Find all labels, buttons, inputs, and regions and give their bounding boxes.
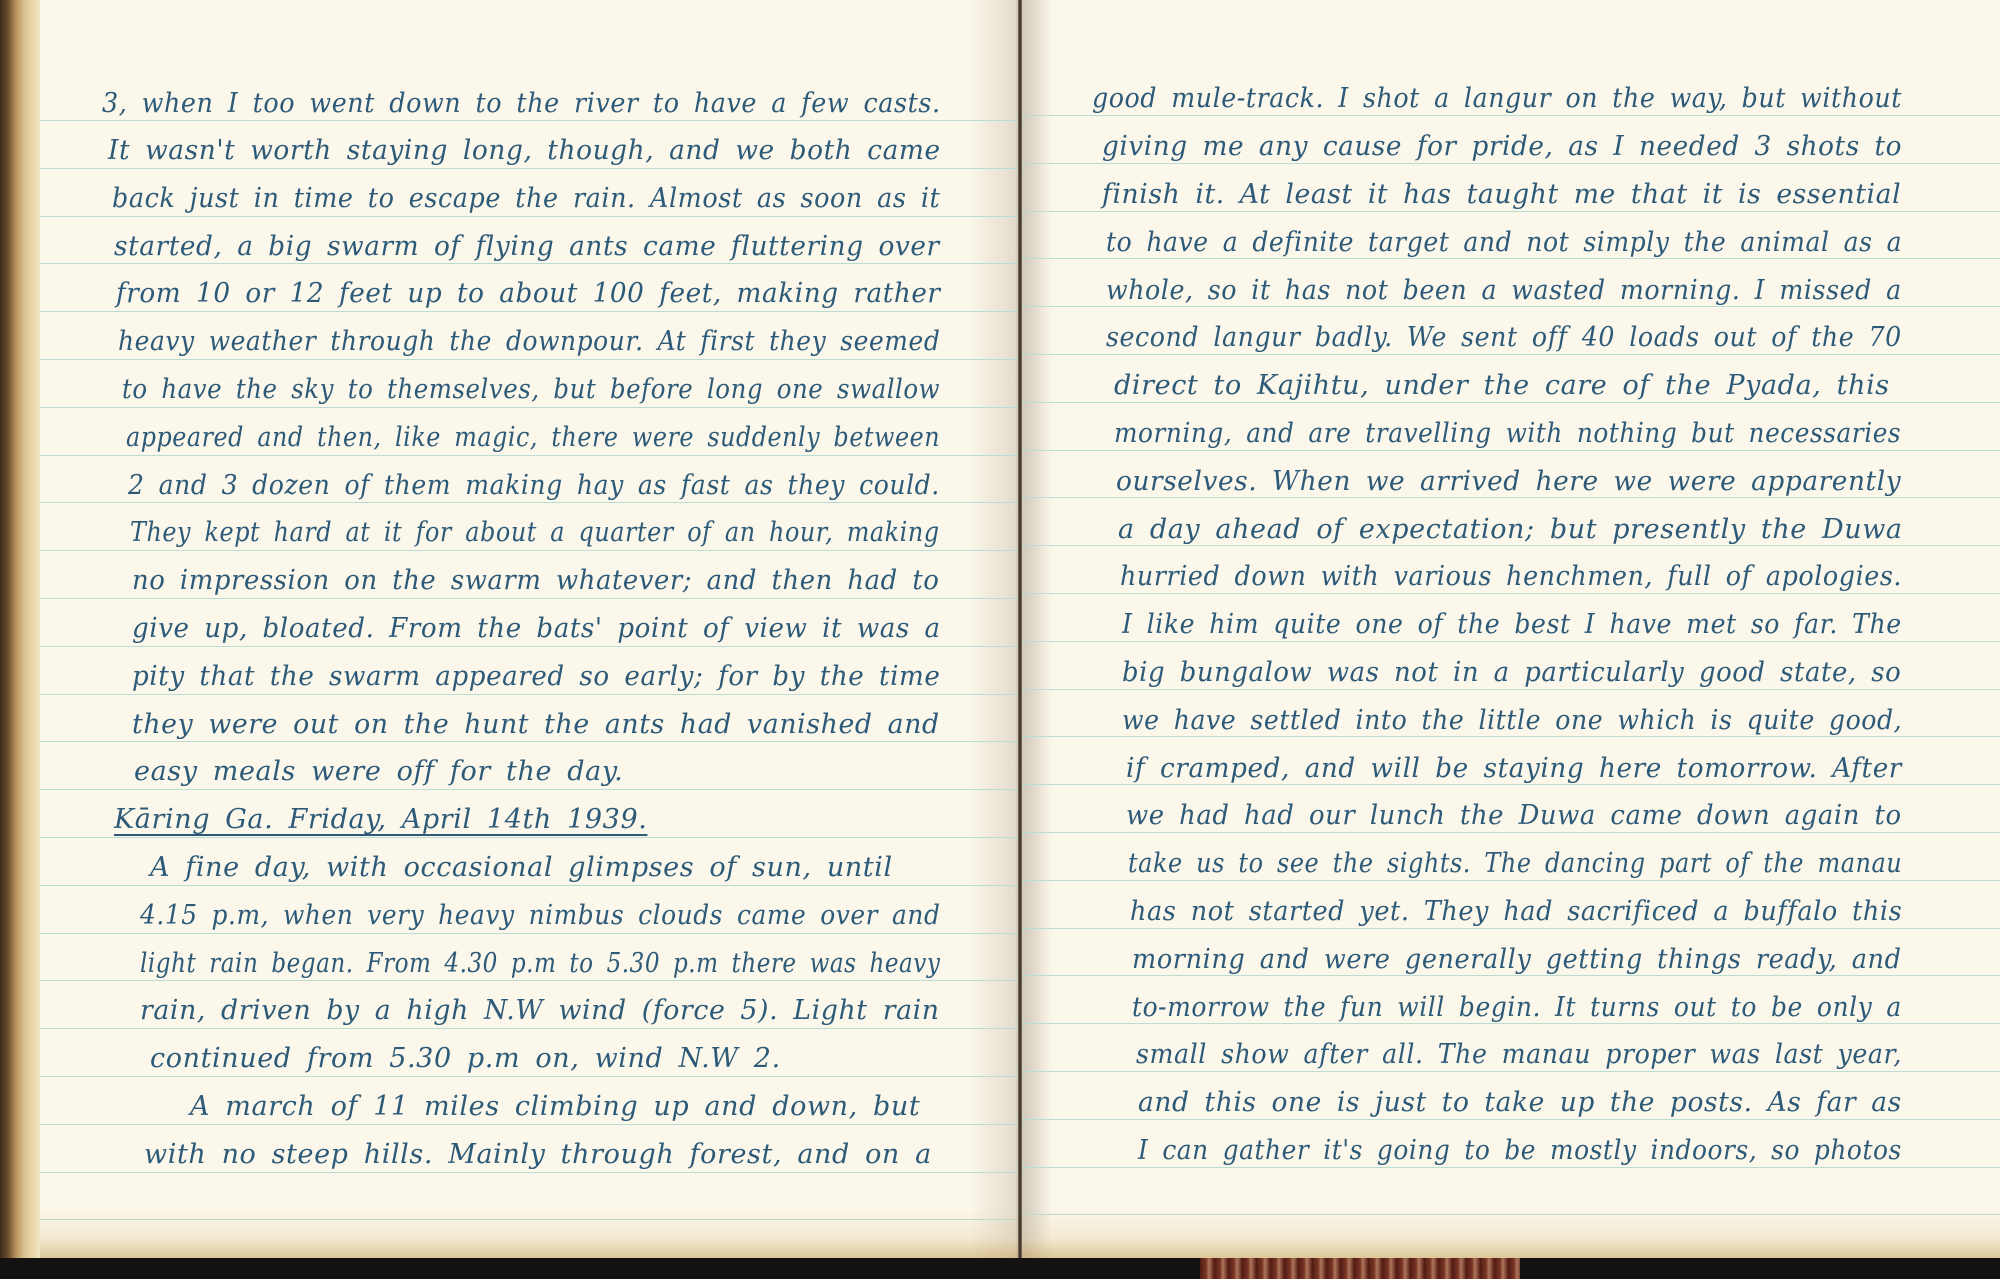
diary-line: we had had our lunch the Duwa came down …	[1126, 800, 1902, 831]
diary-line: big bungalow was not in a particularly g…	[1122, 657, 1901, 688]
diary-line: pity that the swarm appeared so early; f…	[132, 661, 940, 692]
diary-line: give up, bloated. From the bats' point o…	[132, 613, 941, 644]
diary-line: started, a big swarm of flying ants came…	[114, 231, 940, 262]
diary-line: appeared and then, like magic, there wer…	[126, 422, 940, 453]
diary-line: from 10 or 12 feet up to about 100 feet,…	[116, 278, 941, 309]
diary-line: finish it. At least it has taught me tha…	[1102, 179, 1901, 210]
diary-line: A march of 11 miles climbing up and down…	[190, 1091, 920, 1122]
diary-line: They kept hard at it for about a quarter…	[130, 517, 940, 548]
diary-line: take us to see the sights. The dancing p…	[1128, 848, 1902, 879]
diary-line: with no steep hills. Mainly through fore…	[144, 1139, 932, 1170]
diary-line: small show after all. The manau proper w…	[1136, 1039, 1902, 1070]
right-page-text: good mule-track. I shot a langur on the …	[1022, 0, 2000, 1258]
diary-line: we have settled into the little one whic…	[1122, 705, 1902, 736]
diary-line: rain, driven by a high N.W wind (force 5…	[140, 995, 940, 1026]
diary-line: 4.15 p.m, when very heavy nimbus clouds …	[140, 900, 940, 931]
diary-line: light rain began. From 4.30 p.m to 5.30 …	[140, 948, 940, 979]
diary-line: It wasn't worth staying long, though, an…	[108, 135, 941, 166]
diary-line: second langur badly. We sent off 40 load…	[1106, 322, 1902, 353]
diary-line: a day ahead of expectation; but presentl…	[1118, 514, 1903, 545]
diary-line: has not started yet. They had sacrificed…	[1130, 896, 1902, 927]
diary-line: easy meals were off for the day.	[134, 756, 623, 787]
diary-line: morning and were generally getting thing…	[1132, 944, 1902, 975]
diary-line: to have the sky to themselves, but befor…	[122, 374, 940, 405]
diary-line: hurried down with various henchmen, full…	[1120, 561, 1902, 592]
diary-line: back just in time to escape the rain. Al…	[112, 183, 940, 214]
diary-line: and this one is just to take up the post…	[1138, 1087, 1902, 1118]
diary-line: continued from 5.30 p.m on, wind N.W 2.	[150, 1043, 781, 1074]
left-page: 3, when I too went down to the river to …	[40, 0, 1020, 1258]
diary-line: to-morrow the fun will begin. It turns o…	[1132, 992, 1902, 1023]
marbled-endpaper	[1200, 1258, 1520, 1279]
page-stack-edge	[0, 0, 40, 1262]
open-notebook: 3, when I too went down to the river to …	[0, 0, 2000, 1262]
diary-line: they were out on the hunt the ants had v…	[132, 709, 940, 740]
diary-line: giving me any cause for pride, as I need…	[1102, 131, 1902, 162]
right-page: good mule-track. I shot a langur on the …	[1022, 0, 2000, 1258]
diary-line: I can gather it's going to be mostly ind…	[1138, 1135, 1902, 1166]
diary-line: ourselves. When we arrived here we were …	[1116, 466, 1901, 497]
diary-line: 3, when I too went down to the river to …	[102, 88, 941, 119]
entry-heading-date: Kāring Ga. Friday, April 14th 1939.	[114, 804, 647, 835]
left-page-text: 3, when I too went down to the river to …	[40, 0, 1020, 1258]
diary-line: direct to Kajihtu, under the care of the…	[1114, 370, 1890, 401]
diary-line: good mule-track. I shot a langur on the …	[1092, 83, 1902, 114]
book-cover-bottom	[0, 1258, 2000, 1279]
diary-line: no impression on the swarm whatever; and…	[132, 565, 939, 596]
diary-line: if cramped, and will be staying here tom…	[1126, 753, 1902, 784]
diary-line: whole, so it has not been a wasted morni…	[1106, 275, 1902, 306]
diary-line: heavy weather through the downpour. At f…	[118, 326, 940, 357]
diary-line: 2 and 3 dozen of them making hay as fast…	[128, 470, 940, 501]
diary-line: to have a definite target and not simply…	[1106, 227, 1902, 258]
diary-line: A fine day, with occasional glimpses of …	[150, 852, 893, 883]
diary-line: I like him quite one of the best I have …	[1122, 609, 1902, 640]
diary-line: morning, and are travelling with nothing…	[1114, 418, 1901, 449]
